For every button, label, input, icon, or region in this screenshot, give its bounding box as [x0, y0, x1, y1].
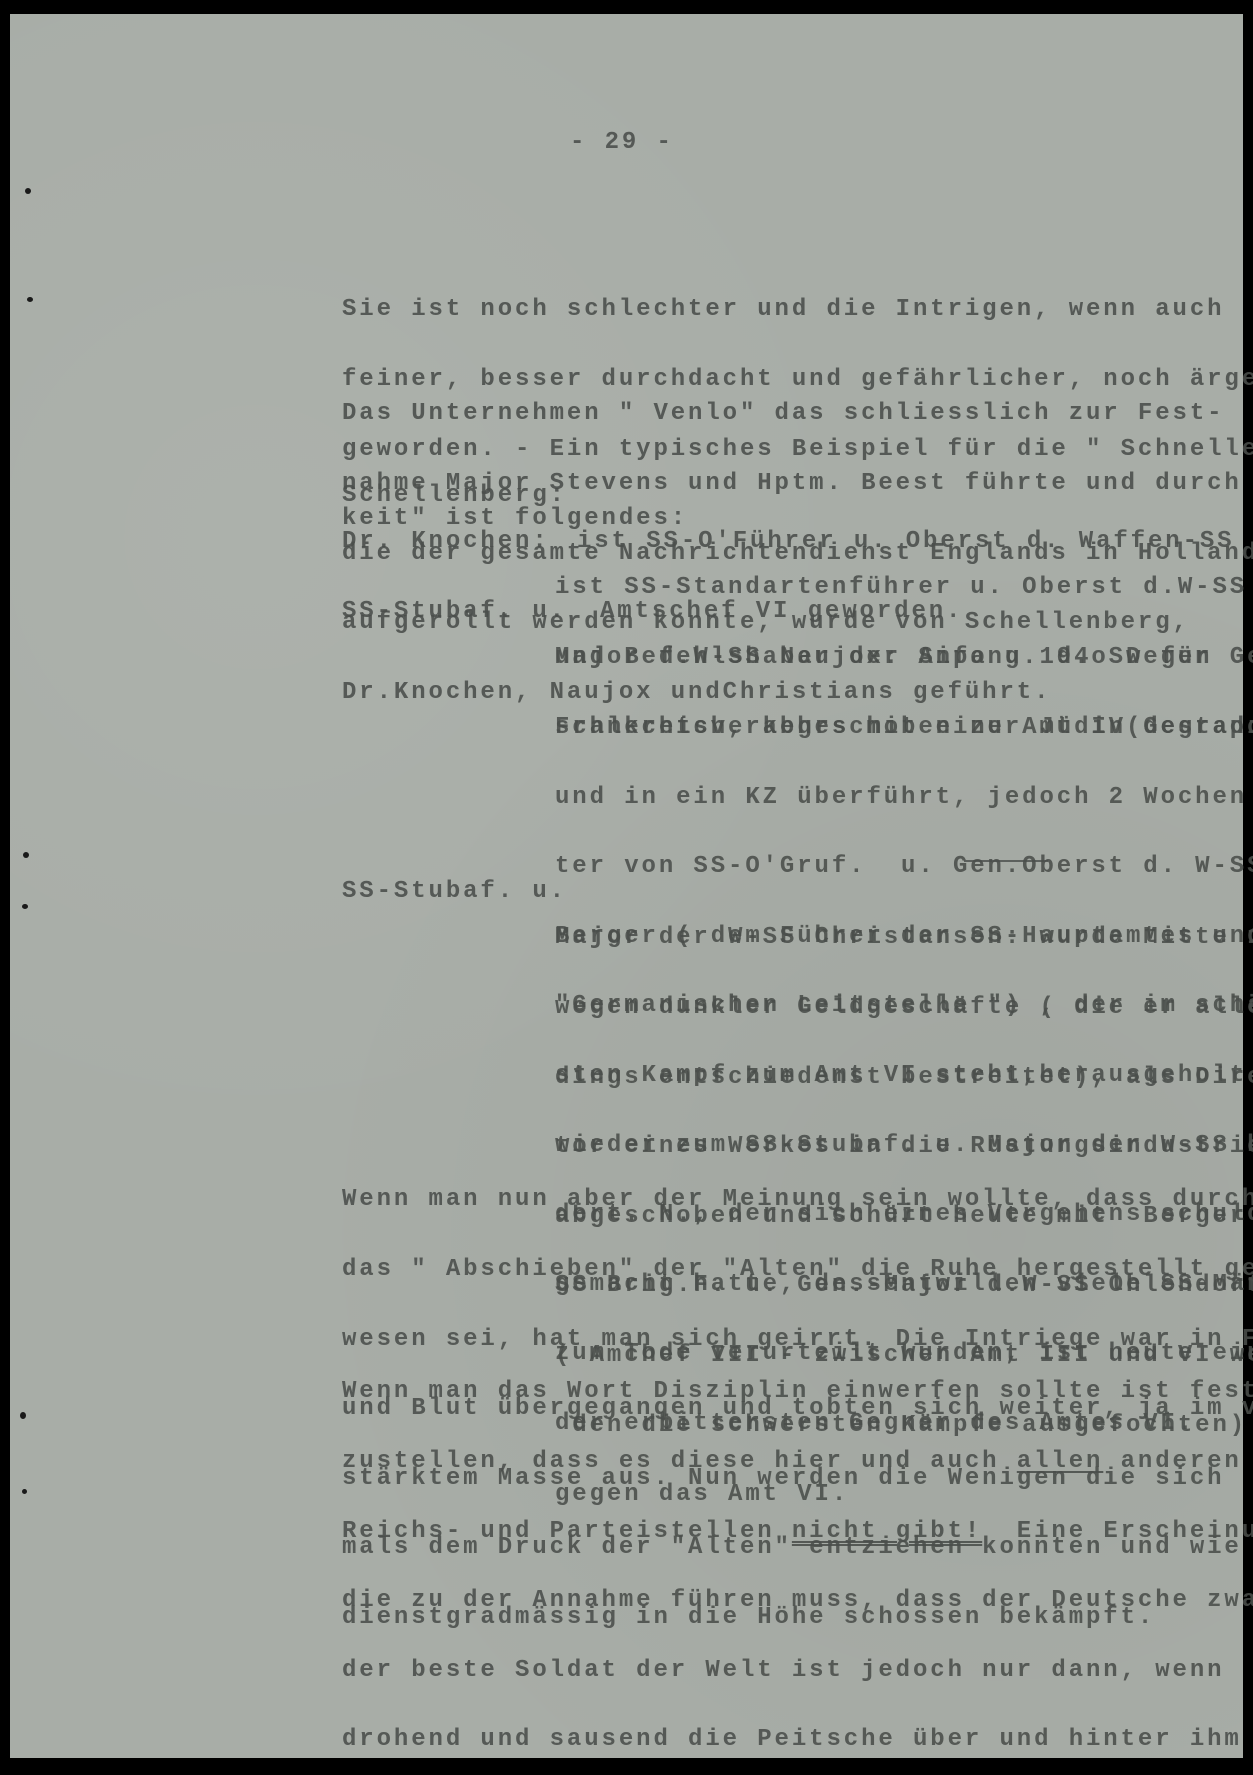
underline-viele — [964, 860, 1048, 862]
text-line: ter von SS-O'Gruf. u. Gen.Oberst d. W-SS — [555, 855, 1253, 878]
entry-christansen-label: SS-Stubaf. u. — [342, 880, 567, 903]
text-line: Reichs- und Parteistellen nicht gibt! Ei… — [342, 1520, 1253, 1543]
text-line: das " Abschieben" der "Alten" die Ruhe h… — [342, 1258, 1253, 1281]
text-line: zustellen, dass es diese hier und auch a… — [342, 1450, 1253, 1473]
text-line: der beste Soldat der Welt ist jedoch nur… — [342, 1659, 1253, 1682]
text-line: Wenn man das Wort Disziplin einwerfen so… — [342, 1380, 1253, 1403]
margin-punch-mark — [25, 188, 31, 194]
text-line: die zu der Annahme führen muss, dass der… — [342, 1589, 1253, 1612]
text-line: Das Unternehmen " Venlo" das schliesslic… — [342, 402, 1253, 425]
text-line: Wenn man nun aber der Meinung sein wollt… — [342, 1188, 1253, 1211]
text-line: ist SS-Standartenführer u. Oberst d.W-SS — [555, 576, 1253, 599]
entry-knochen-label: Dr. Knochen: — [342, 530, 550, 553]
underlined-nicht-gibt: nicht gibt! — [792, 1518, 982, 1545]
page-number: - 29 - — [570, 131, 674, 154]
margin-punch-mark — [22, 904, 28, 909]
margin-punch-mark — [23, 852, 29, 858]
text-line: Sie ist noch schlechter und die Intrigen… — [342, 298, 1253, 321]
underlined-allen: allen — [1017, 1448, 1104, 1475]
text-span: anderen — [1103, 1448, 1241, 1475]
text-line: dings entschiedenst bestreitet), als Dir… — [555, 1066, 1253, 1089]
margin-punch-mark — [22, 1489, 27, 1494]
text-span: zustellen, dass es diese hier und auch — [342, 1448, 1017, 1475]
text-line: wegen dunkler Geldgeschäfte ( die er all… — [555, 996, 1253, 1019]
entry-naujox-label: SS-Stubaf. u. — [342, 600, 567, 623]
text-line: Major d.W-SS Naujox: Anfang 194o wegen G… — [555, 646, 1253, 669]
text-line: Major der W-SS Christansen: wurde Mitte … — [555, 926, 1253, 949]
paragraph-4: Wenn man das Wort Disziplin einwerfen so… — [342, 1334, 1253, 1775]
margin-punch-mark — [20, 1412, 26, 1419]
margin-punch-mark — [27, 297, 33, 302]
text-span: Reichs- und Parteistellen — [342, 1518, 792, 1545]
text-line: drohend und sausend die Peitsche über un… — [342, 1728, 1253, 1751]
text-line: und in ein KZ überführt, jedoch 2 Wochen… — [555, 786, 1253, 809]
text-line: schlechtsverkehrs mit einer Jüdin degrad… — [555, 716, 1253, 739]
entry-schellenberg-label: Schellenberg: — [342, 484, 567, 507]
text-span: Eine Erscheinung — [982, 1518, 1253, 1545]
